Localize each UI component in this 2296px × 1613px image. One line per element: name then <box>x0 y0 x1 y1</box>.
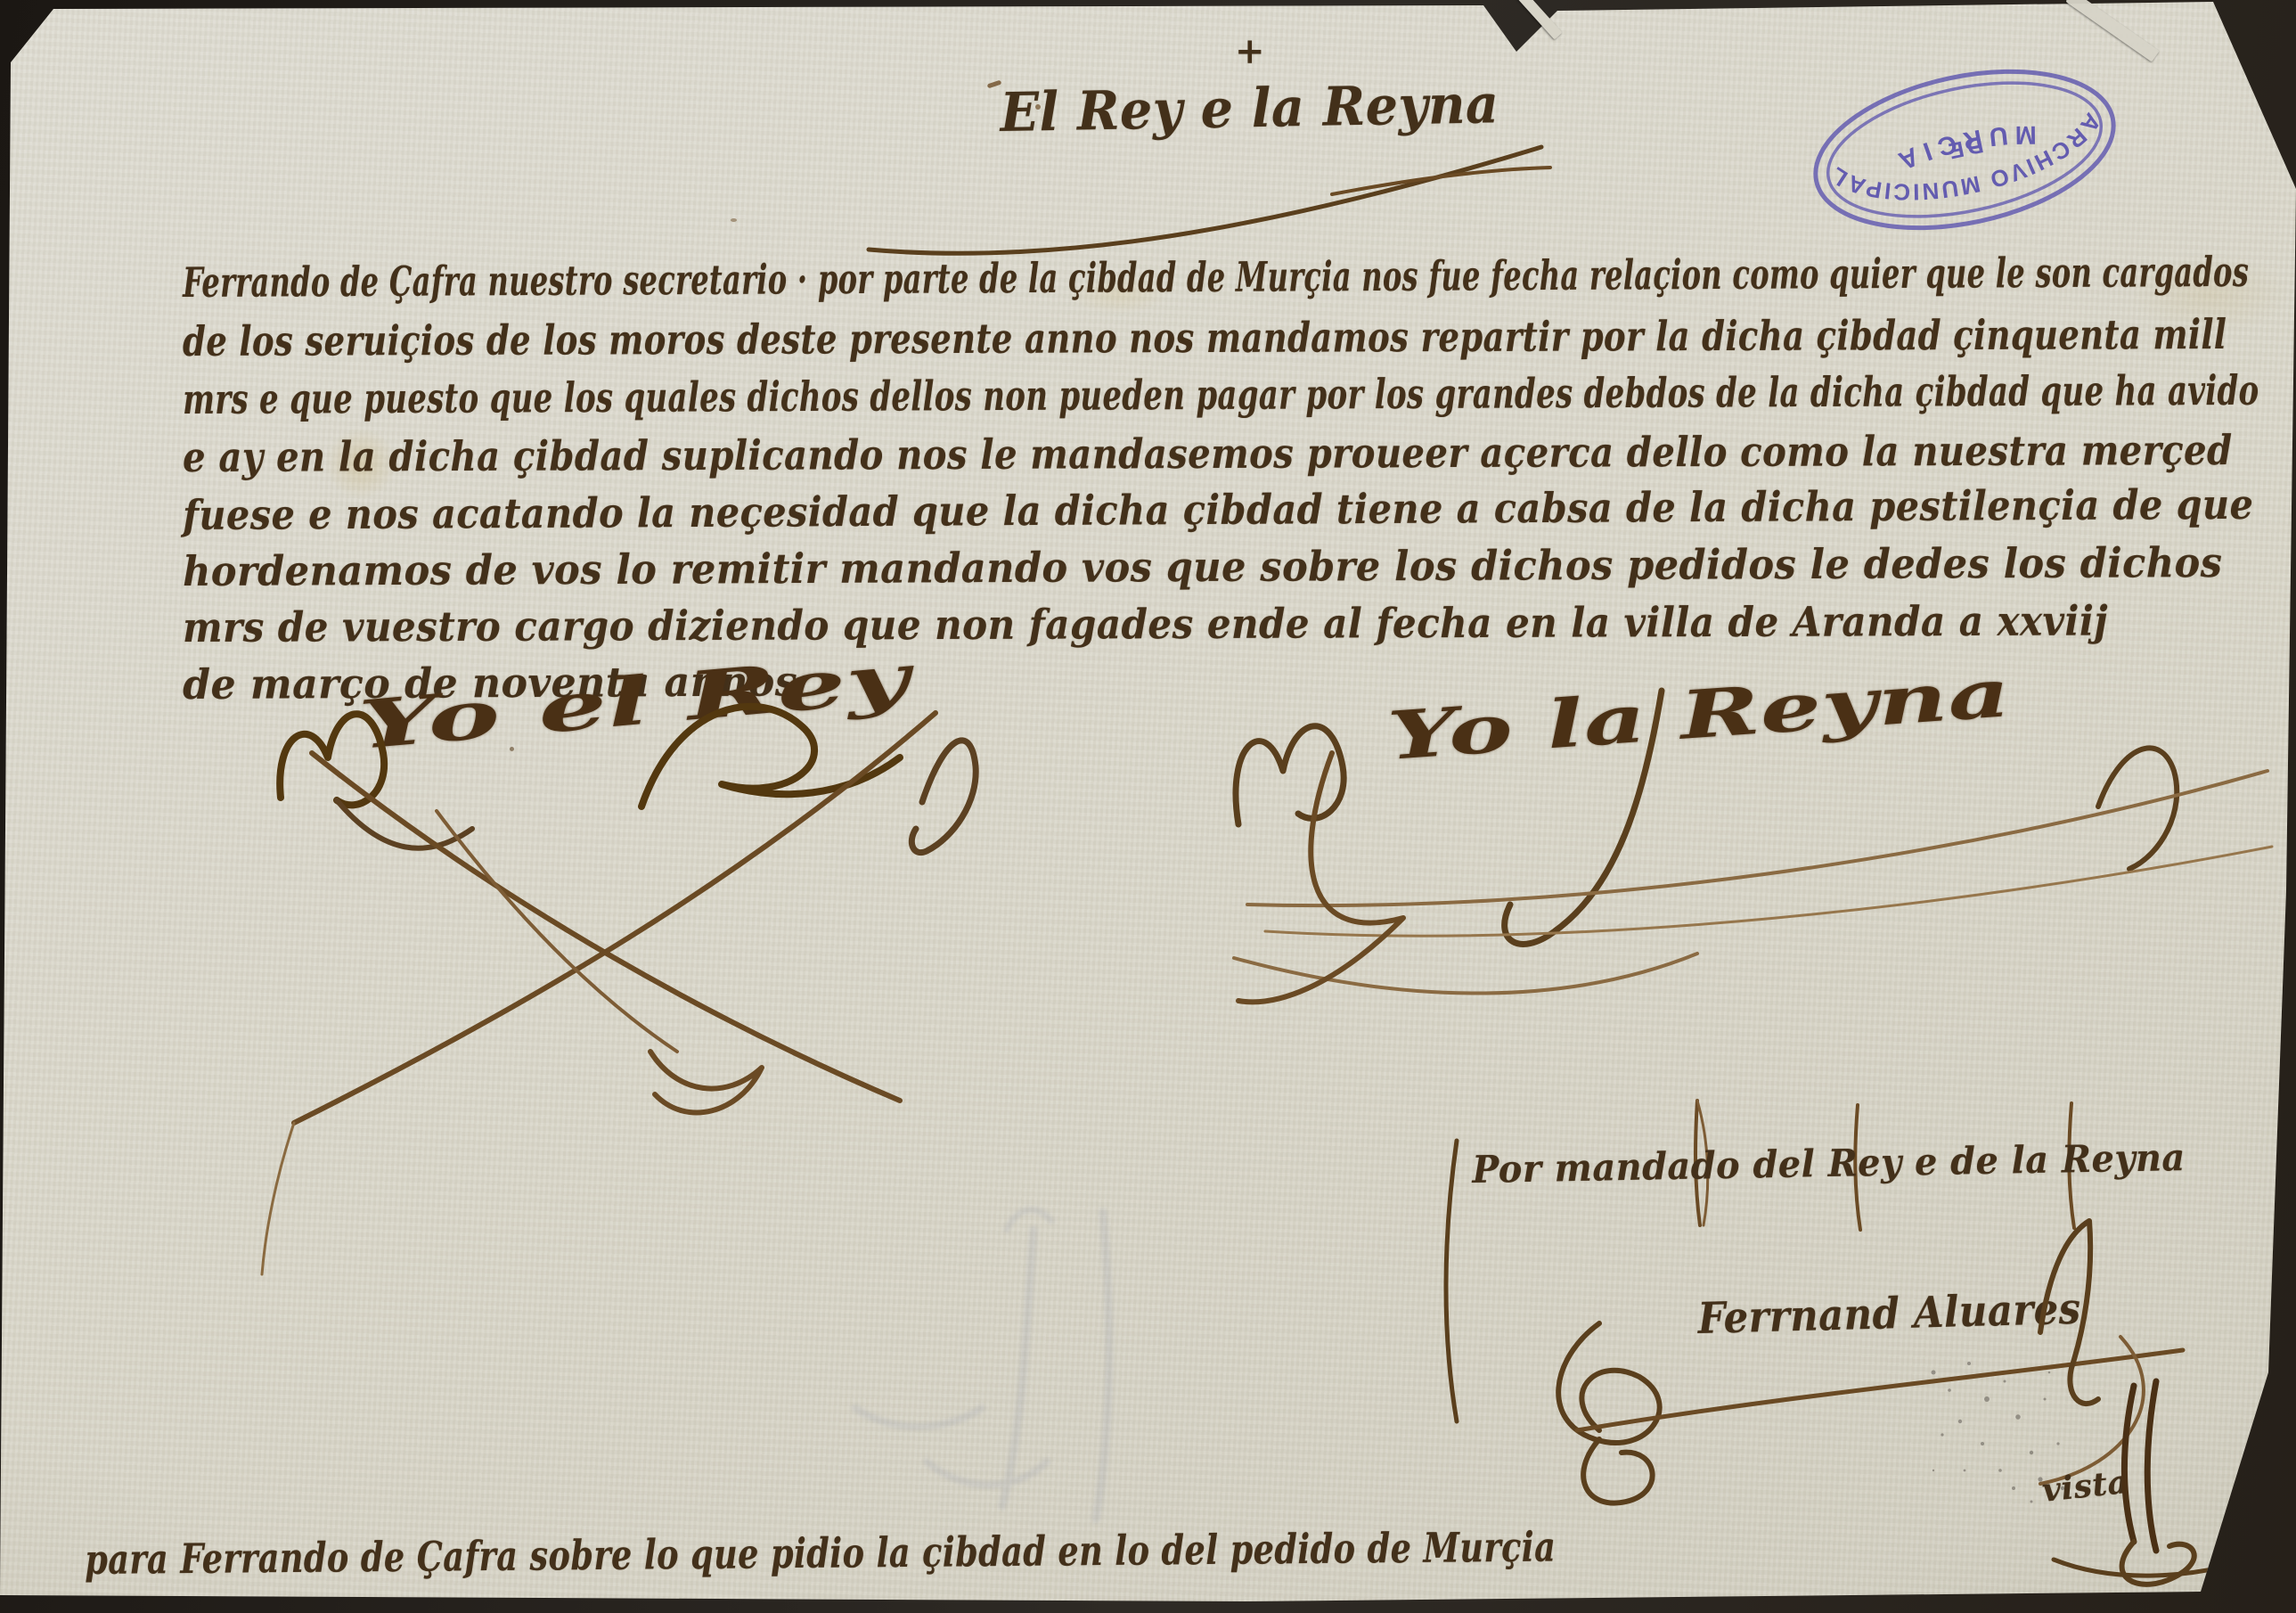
body-line-5: fuese e nos acatando la neçesidad que la… <box>183 480 2253 539</box>
king-signature-rubric <box>258 651 989 1363</box>
ink-speck <box>1035 104 1041 110</box>
body-line-3: mrs e que puesto que los quales dichos d… <box>183 366 2259 423</box>
vista-rubric <box>2049 1377 2290 1600</box>
parchment-sheet: + El Rey e la Reyna ARCHIVO MUNICIPAL DE… <box>0 0 2296 1613</box>
docket-line: para Ferrando de Çafra sobre lo que pidi… <box>85 1523 1556 1584</box>
scanned-manuscript-letter: + El Rey e la Reyna ARCHIVO MUNICIPAL DE… <box>0 0 2296 1613</box>
invocation-cross: + <box>1235 30 1265 72</box>
body-line-1: Ferrando de Çafra nuestro secretario · p… <box>183 248 2249 307</box>
body-line-4: e ay en la dicha çibdad suplicando nos l… <box>183 426 2233 481</box>
queen-signature-rubric <box>1198 637 2281 1020</box>
ink-speck <box>510 747 514 751</box>
ink-speck <box>731 218 737 222</box>
heading-underline-flourish <box>846 116 1577 267</box>
archive-stamp: ARCHIVO MUNICIPAL DE MURCIA <box>1792 39 2138 259</box>
body-line-6: hordenamos de vos lo remitir mandando vo… <box>183 538 2222 595</box>
body-line-2: de los seruiçios de los moros deste pres… <box>183 310 2227 365</box>
